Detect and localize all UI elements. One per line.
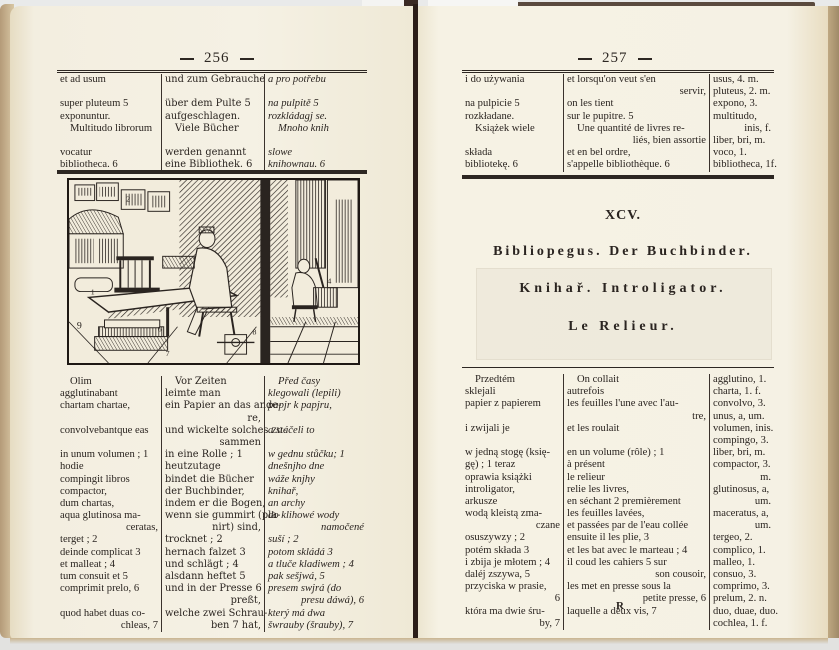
- text-line: [60, 135, 158, 147]
- text-line: dum chartas,: [60, 498, 158, 510]
- text-line: Multitudo librorum: [60, 123, 158, 135]
- text-line: oprawia książki: [465, 472, 560, 484]
- text-line: agglutino, 1.: [713, 374, 771, 386]
- text-line: aufgeschlagen.: [165, 111, 261, 123]
- text-line: wenn sie gummirt (pla-: [165, 510, 261, 522]
- text-line: super pluteum 5: [60, 98, 158, 110]
- latin-column: Olimagglutinabantchartam chartae,convolv…: [57, 376, 161, 632]
- top-columns: i do używaniana pulpicie 5rozkładane.Ksi…: [462, 74, 774, 172]
- text-line: comprimo, 3.: [713, 581, 771, 593]
- text-line: Mnoho knih: [268, 123, 364, 135]
- text-line: voco, 1.: [713, 147, 771, 159]
- text-line: le relieur: [567, 472, 706, 484]
- section-rule: [462, 367, 774, 368]
- text-line: convolvo, 3.: [713, 398, 771, 410]
- text-line: sammen: [165, 437, 261, 449]
- text-line: deinde complicat 3: [60, 547, 158, 559]
- text-line: an archy: [268, 498, 364, 510]
- text-line: relie les livres,: [567, 484, 706, 496]
- text-line: glutinosus, a,: [713, 484, 771, 496]
- german-column: Vor Zeitenleimte manein Papier an das an…: [161, 376, 264, 632]
- text-line: [268, 437, 364, 449]
- text-line: chleas, 7: [60, 620, 158, 632]
- text-line: slowe: [268, 147, 364, 159]
- text-line: consuo, 3.: [713, 569, 771, 581]
- text-line: [567, 618, 706, 630]
- text-line: prelum, 2. n.: [713, 593, 771, 605]
- text-line: um.: [713, 496, 771, 508]
- text-line: arkusze: [465, 496, 560, 508]
- text-line: ceratas,: [60, 522, 158, 534]
- svg-text:4: 4: [327, 277, 331, 286]
- dash-decoration: [578, 58, 592, 60]
- text-line: exponuntur.: [60, 111, 158, 123]
- text-line: rozkládagj se.: [268, 111, 364, 123]
- text-line: petite presse, 6: [567, 593, 706, 605]
- text-line: alsdann heftet 5: [165, 571, 261, 583]
- text-line: et les bat avec le marteau ; 4: [567, 545, 706, 557]
- german-column: und zum Gebraucheüber dem Pulte 5aufgesc…: [161, 74, 264, 172]
- text-line: [567, 435, 706, 447]
- text-line: na pulpicie 5: [465, 98, 560, 110]
- text-line: bibliotheca, 1f.: [713, 159, 771, 171]
- text-line: [465, 435, 560, 447]
- text-line: en un volume (rôle) ; 1: [567, 447, 706, 459]
- polish-column: i do używaniana pulpicie 5rozkładane.Ksi…: [462, 74, 563, 172]
- text-line: [60, 595, 158, 607]
- text-line: wáže knjhy: [268, 474, 364, 486]
- vocabulary-column: usus, 4. m.pluteus, 2. m.expono, 3.multi…: [709, 74, 774, 172]
- dash-decoration: [240, 58, 254, 60]
- text-line: liber, bri, m.: [713, 447, 771, 459]
- right-page: 257 i do używaniana pulpicie 5rozkładane…: [418, 6, 828, 640]
- text-line: suší ; 2: [268, 534, 364, 546]
- top-rule: [462, 70, 774, 73]
- text-line: [60, 437, 158, 449]
- text-line: über dem Pulte 5: [165, 98, 261, 110]
- text-line: i zwijali je: [465, 423, 560, 435]
- text-line: papjr k papjru,: [268, 400, 364, 412]
- text-line: re,: [165, 413, 261, 425]
- svg-text:7: 7: [166, 349, 170, 358]
- text-line: son cousoir,: [567, 569, 706, 581]
- text-line: On collait: [567, 374, 706, 386]
- text-line: papier z papierem: [465, 398, 560, 410]
- text-line: und wickelte solches zu-: [165, 425, 261, 437]
- text-line: hodie: [60, 461, 158, 473]
- text-line: pak sešjwá, 5: [268, 571, 364, 583]
- text-line: bindet die Bücher: [165, 474, 261, 486]
- text-line: et en bel ordre,: [567, 147, 706, 159]
- text-line: tre,: [567, 411, 706, 423]
- text-line: et les roulait: [567, 423, 706, 435]
- text-line: quod habet duas co-: [60, 608, 158, 620]
- czech-column: a pro potřebuna pulpitě 5rozkládagj se.M…: [264, 74, 367, 172]
- woodcut-image: 1 2 6 7 8 9 4: [69, 180, 358, 363]
- text-line: [268, 135, 364, 147]
- text-line: dnešnjho dne: [268, 461, 364, 473]
- text-line: 6: [465, 593, 560, 605]
- text-line: in eine Rolle ; 1: [165, 449, 261, 461]
- text-line: Viele Bücher: [165, 123, 261, 135]
- latin-column: et ad usumsuper pluteum 5exponuntur.Mult…: [57, 74, 161, 172]
- dash-decoration: [180, 58, 194, 60]
- bottom-columns: Olimagglutinabantchartam chartae,convolv…: [57, 376, 367, 632]
- text-line: [465, 86, 560, 98]
- chapter-title-czech-polish: Knihař. Introligator.: [418, 281, 828, 297]
- text-line: [165, 135, 261, 147]
- text-line: à présent: [567, 459, 706, 471]
- text-line: [268, 413, 364, 425]
- text-line: nirt) sind,: [165, 522, 261, 534]
- text-line: convolvebantque eas: [60, 425, 158, 437]
- text-line: Książek wiele: [465, 123, 560, 135]
- text-line: servir,: [567, 86, 706, 98]
- text-line: klegowali (lepili): [268, 388, 364, 400]
- text-line: maceratus, a,: [713, 508, 771, 520]
- chapter-number: XCV.: [418, 208, 828, 224]
- text-line: heutzutage: [165, 461, 261, 473]
- text-line: Vor Zeiten: [165, 376, 261, 388]
- text-line: w gednu stůčku; 1: [268, 449, 364, 461]
- text-line: liés, bien assortie: [567, 135, 706, 147]
- text-line: przyciska w prasie,: [465, 581, 560, 593]
- text-line: knihař,: [268, 486, 364, 498]
- page-number-right: 257: [568, 50, 662, 67]
- svg-text:9: 9: [77, 321, 82, 332]
- text-line: liber, bri, m.: [713, 135, 771, 147]
- text-line: gę) ; 1 teraz: [465, 459, 560, 471]
- text-line: trocknet ; 2: [165, 534, 261, 546]
- french-column: On collaitautrefoisles feuilles l'une av…: [563, 374, 709, 630]
- text-line: preßt,: [165, 595, 261, 607]
- polish-column: Przedtémsklejalipapier z papieremi zwija…: [462, 374, 563, 630]
- text-line: expono, 3.: [713, 98, 771, 110]
- text-line: Une quantité de livres re-: [567, 123, 706, 135]
- text-line: ensuite il les plie, 3: [567, 532, 706, 544]
- section-rule: [462, 175, 774, 179]
- svg-text:8: 8: [252, 328, 256, 337]
- text-line: compactor,: [60, 486, 158, 498]
- text-line: indem er die Bogen,: [165, 498, 261, 510]
- text-line: tergeo, 2.: [713, 532, 771, 544]
- text-line: complico, 1.: [713, 545, 771, 557]
- czech-column: Před časyklegowali (lepili)papjr k papjr…: [264, 376, 367, 632]
- text-line: inis, f.: [713, 123, 771, 135]
- text-line: [60, 86, 158, 98]
- text-line: Przedtém: [465, 374, 560, 386]
- text-line: hernach falzet 3: [165, 547, 261, 559]
- text-line: und zum Gebrauche: [165, 74, 261, 86]
- top-rule: [57, 70, 367, 73]
- text-line: [465, 135, 560, 147]
- text-line: introligator,: [465, 484, 560, 496]
- text-line: on les tient: [567, 98, 706, 110]
- text-line: potém składa 3: [465, 545, 560, 557]
- top-columns: et ad usumsuper pluteum 5exponuntur.Mult…: [57, 74, 367, 172]
- text-line: volumen, inis.: [713, 423, 771, 435]
- page-bottom-edge: [10, 638, 828, 644]
- text-line: il coud les cahiers 5 sur: [567, 557, 706, 569]
- text-line: s'appelle bibliothèque. 6: [567, 159, 706, 171]
- text-line: aqua glutinosa ma-: [60, 510, 158, 522]
- vocabulary-column: agglutino, 1.charta, 1. f.convolvo, 3.un…: [709, 374, 774, 630]
- text-line: comprimit prelo, 6: [60, 583, 158, 595]
- text-line: in unum volumen ; 1: [60, 449, 158, 461]
- text-line: do klihowé wody: [268, 510, 364, 522]
- text-line: sur le pupitre. 5: [567, 111, 706, 123]
- text-line: um.: [713, 520, 771, 532]
- french-column: et lorsqu'on veut s'enservir,on les tien…: [563, 74, 709, 172]
- page-number-text: 257: [602, 50, 628, 66]
- text-line: vocatur: [60, 147, 158, 159]
- text-line: presu dáwá), 6: [268, 595, 364, 607]
- text-line: terget ; 2: [60, 534, 158, 546]
- text-line: chartam chartae,: [60, 400, 158, 412]
- text-line: leimte man: [165, 388, 261, 400]
- text-line: Olim: [60, 376, 158, 388]
- text-line: [60, 413, 158, 425]
- text-line: und schlägt ; 4: [165, 559, 261, 571]
- svg-text:1: 1: [91, 288, 95, 297]
- text-line: multitudo,: [713, 111, 771, 123]
- text-line: usus, 4. m.: [713, 74, 771, 86]
- text-line: malleo, 1.: [713, 557, 771, 569]
- text-line: w jedną stogę (księ-: [465, 447, 560, 459]
- text-line: compingo, 3.: [713, 435, 771, 447]
- text-line: [268, 86, 364, 98]
- svg-text:2: 2: [126, 195, 130, 204]
- text-line: presem swjrá (do: [268, 583, 364, 595]
- text-line: ein Papier an das ande-: [165, 400, 261, 412]
- text-line: składa: [465, 147, 560, 159]
- text-line: czane: [465, 520, 560, 532]
- text-line: les feuilles l'une avec l'au-: [567, 398, 706, 410]
- text-line: a pro potřebu: [268, 74, 364, 86]
- text-line: i zbija je młotem ; 4: [465, 557, 560, 569]
- text-line: les met en presse sous la: [567, 581, 706, 593]
- text-line: która ma dwie śru-: [465, 606, 560, 618]
- text-line: wodą kleistą zma-: [465, 508, 560, 520]
- signature-mark: R: [616, 600, 624, 612]
- text-line: a stáčeli to: [268, 425, 364, 437]
- text-line: [165, 86, 261, 98]
- text-line: daléj zszywa, 5: [465, 569, 560, 581]
- text-line: by, 7: [465, 618, 560, 630]
- text-line: sklejali: [465, 386, 560, 398]
- text-line: et malleat ; 4: [60, 559, 158, 571]
- text-line: a tluče kladiwem ; 4: [268, 559, 364, 571]
- svg-text:6: 6: [158, 325, 162, 334]
- text-line: und in der Presse 6: [165, 583, 261, 595]
- text-line: namočené: [268, 522, 364, 534]
- text-line: welche zwei Schrau-: [165, 608, 261, 620]
- text-line: unus, a, um.: [713, 411, 771, 423]
- chapter-title-latin-german: Bibliopegus. Der Buchbinder.: [418, 244, 828, 260]
- text-line: charta, 1. f.: [713, 386, 771, 398]
- text-line: na pulpitě 5: [268, 98, 364, 110]
- text-line: les feuilles lavées,: [567, 508, 706, 520]
- text-line: i do używania: [465, 74, 560, 86]
- text-line: tum consuit et 5: [60, 571, 158, 583]
- text-line: et ad usum: [60, 74, 158, 86]
- text-line: rozkładane.: [465, 111, 560, 123]
- bottom-columns: Przedtémsklejalipapier z papieremi zwija…: [462, 374, 774, 630]
- page-number-left: 256: [170, 50, 264, 67]
- chapter-title-french: Le Relieur.: [418, 319, 828, 335]
- text-line: werden genannt: [165, 147, 261, 159]
- text-line: který má dwa: [268, 608, 364, 620]
- text-line: [465, 411, 560, 423]
- text-line: potom skládá 3: [268, 547, 364, 559]
- section-rule: [57, 170, 367, 174]
- text-line: der Buchbinder,: [165, 486, 261, 498]
- text-line: autrefois: [567, 386, 706, 398]
- text-line: et lorsqu'on veut s'en: [567, 74, 706, 86]
- text-line: osuszywzy ; 2: [465, 532, 560, 544]
- text-line: ben 7 hat,: [165, 620, 261, 632]
- text-line: compactor, 3.: [713, 459, 771, 471]
- text-line: Před časy: [268, 376, 364, 388]
- text-line: agglutinabant: [60, 388, 158, 400]
- bookbinder-woodcut-illustration: 1 2 6 7 8 9 4: [67, 178, 360, 365]
- text-line: duo, duae, duo.: [713, 606, 771, 618]
- page-number-text: 256: [204, 50, 230, 66]
- text-line: laquelle a deux vis, 7: [567, 606, 706, 618]
- text-line: pluteus, 2. m.: [713, 86, 771, 98]
- text-line: compingit libros: [60, 474, 158, 486]
- text-line: et passées par de l'eau collée: [567, 520, 706, 532]
- text-line: en séchant 2 premièrement: [567, 496, 706, 508]
- text-line: šwrauby (šrauby), 7: [268, 620, 364, 632]
- dash-decoration: [638, 58, 652, 60]
- text-line: cochlea, 1. f.: [713, 618, 771, 630]
- text-line: bibliotekę. 6: [465, 159, 560, 171]
- text-line: m.: [713, 472, 771, 484]
